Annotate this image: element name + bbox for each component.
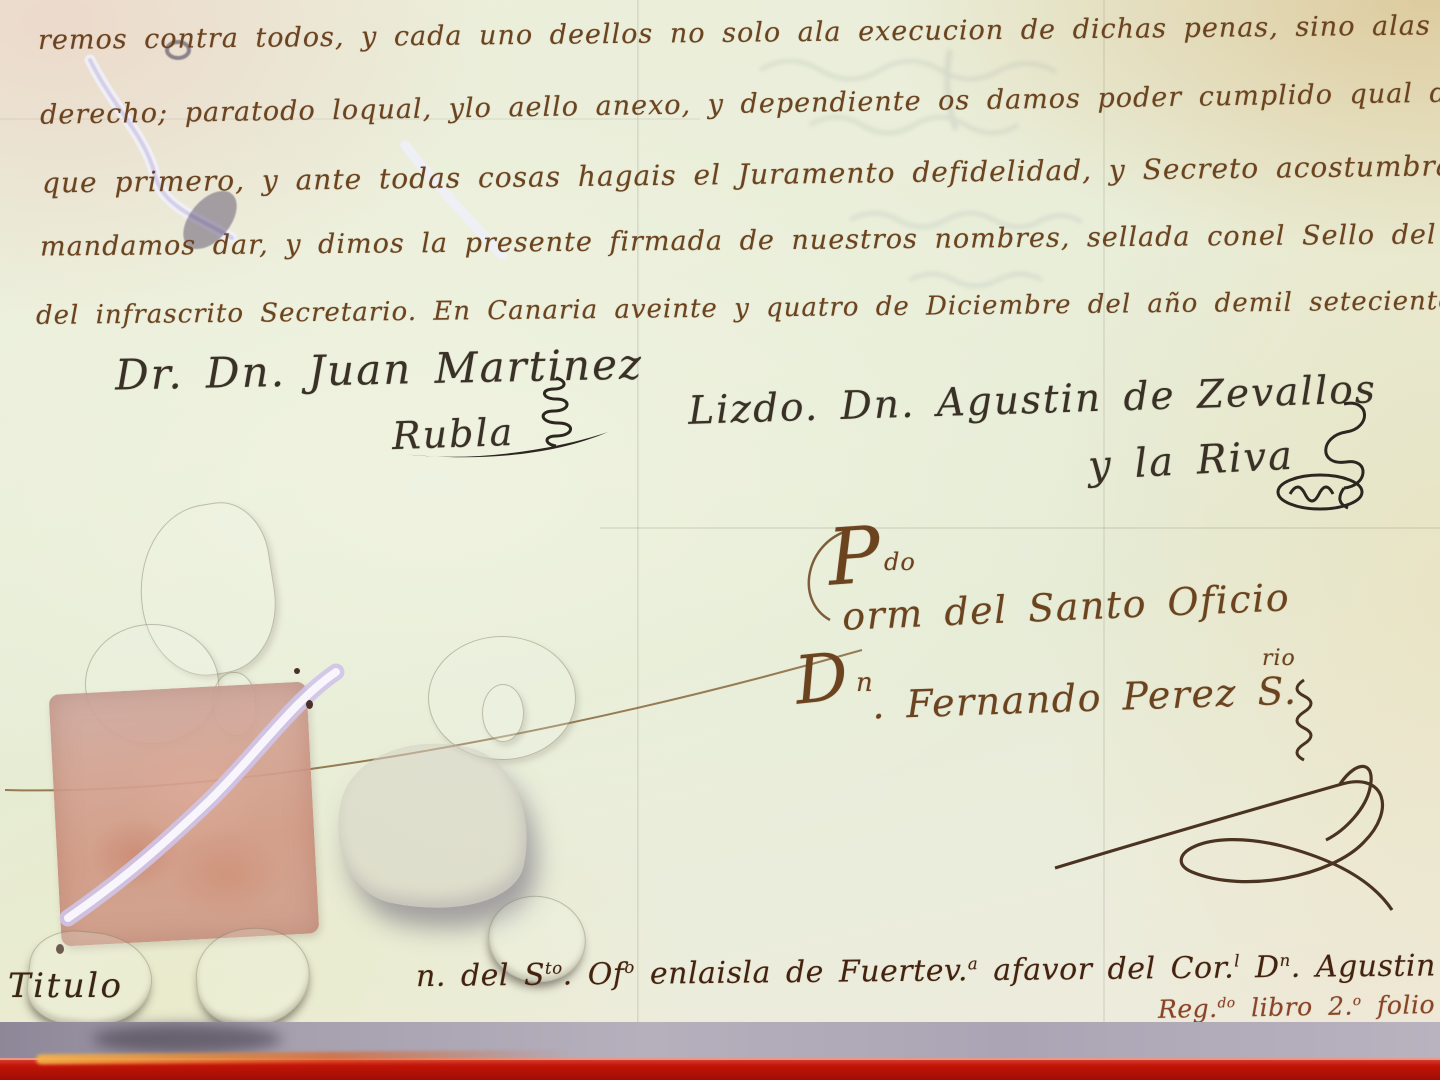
- fold-crease-horizontal: [600, 527, 1440, 529]
- wax-speck-3: [294, 668, 300, 674]
- fold-crease-vertical: [637, 0, 640, 1022]
- docket-seg-3: enlaisla de Fuertev.: [635, 953, 968, 991]
- registry-sup-o: o: [1353, 993, 1362, 1009]
- registry-seg-3: folio 22: [1361, 989, 1440, 1020]
- docket-sup-to: to: [545, 959, 563, 978]
- martinez-rubric-flourish: [398, 366, 613, 466]
- seal-petal-bottom-mid: [193, 924, 314, 1030]
- wax-speck-2: [306, 700, 313, 709]
- perez-rubric-flourish: [1040, 718, 1410, 918]
- oficio-line: orm del Santo Oficio: [841, 575, 1291, 639]
- oficio-p-initial: P: [825, 510, 885, 604]
- perez-d-initial: D: [791, 637, 853, 719]
- docket-seg-1: n. del S: [416, 958, 545, 994]
- docket-seg-4: afavor del Cor.: [978, 950, 1234, 988]
- edge-shadow-blob: [92, 1024, 282, 1054]
- docket-sup-a: a: [968, 954, 979, 973]
- perez-sup-rio: rio: [1262, 646, 1296, 671]
- manuscript-photo: remos contra todos, y cada uno deellos n…: [0, 0, 1440, 1080]
- riva-rubric-flourish: [1272, 396, 1402, 514]
- docket-sup-o: o: [624, 958, 635, 977]
- registry-sup-do: do: [1217, 995, 1235, 1011]
- docket-seg-2: . Of: [562, 957, 624, 993]
- oficio-sup-do: do: [884, 548, 916, 576]
- docket-titulo: Titulo: [8, 966, 123, 1006]
- registry-seg-1: Reg.: [1158, 994, 1218, 1024]
- docket-seg-5: D: [1240, 950, 1280, 985]
- signature-riva: y la Riva: [1087, 433, 1295, 490]
- docket-seg-6: . Agustin Cabrera Vetancourt: [1291, 945, 1440, 985]
- registry-note: Reg.do libro 2.o folio 22: [1158, 989, 1440, 1024]
- docket-sup-n: n: [1279, 951, 1290, 970]
- wax-streak: [40, 640, 360, 940]
- seal-eyelet-right: [482, 684, 524, 742]
- registry-seg-2: libro 2.: [1235, 991, 1353, 1022]
